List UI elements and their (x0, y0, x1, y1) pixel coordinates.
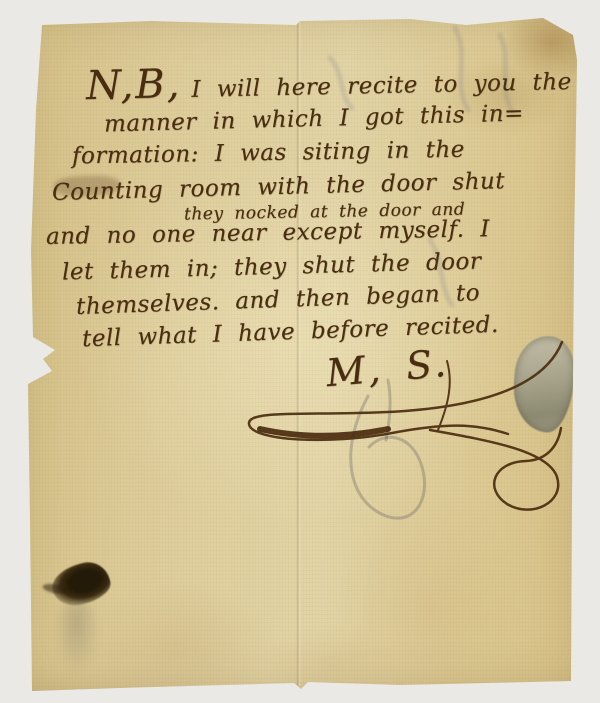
manuscript-paper: N,B,I will here recite to you the manner… (0, 0, 600, 703)
scanned-letter-image: N,B,I will here recite to you the manner… (0, 0, 600, 703)
gray-smudge (56, 598, 98, 672)
nb-initials: N,B, (86, 61, 182, 109)
letter-line-text: I will here recite to you the (191, 69, 572, 103)
